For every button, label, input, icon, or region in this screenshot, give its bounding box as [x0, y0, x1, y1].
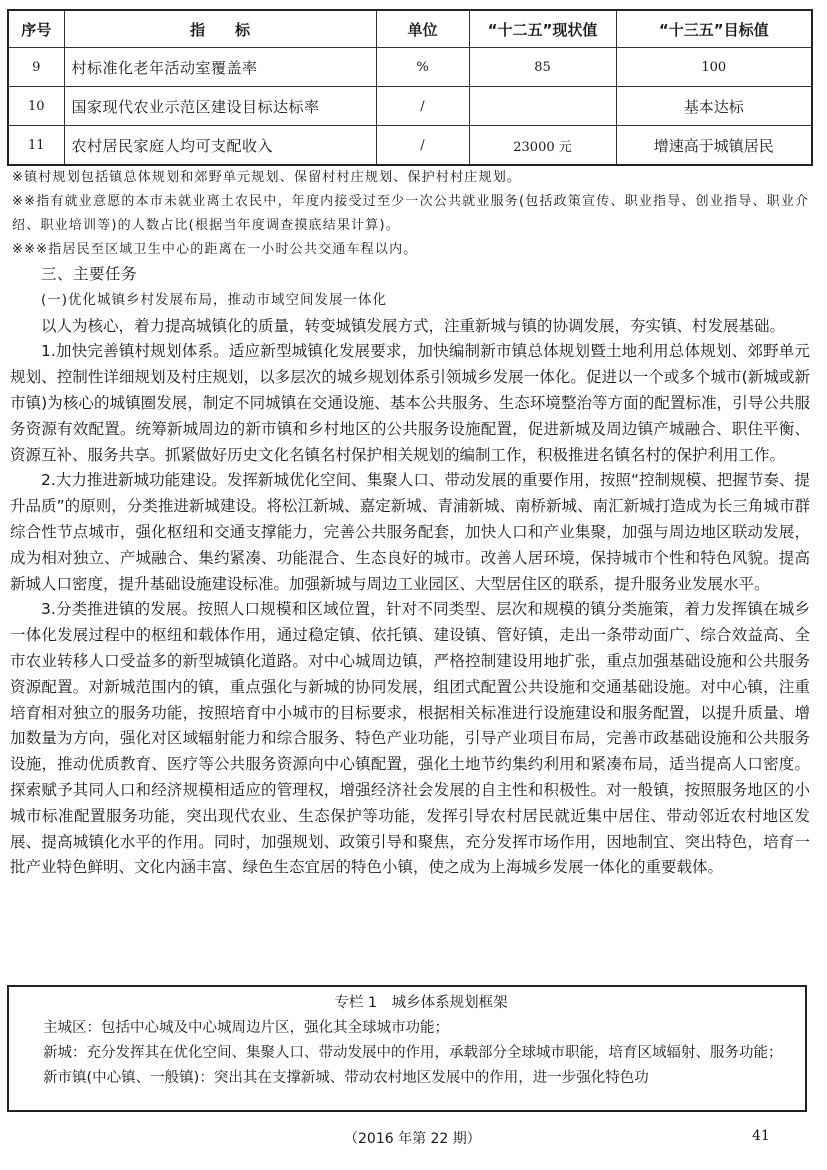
cell-current: 23000 元	[469, 126, 616, 166]
cell-unit: /	[376, 126, 469, 166]
cell-target: 100	[616, 48, 812, 87]
box-title: 专栏 1 城乡体系规划框架	[13, 991, 799, 1016]
paragraph: 以人为核心，着力提高城镇化的质量，转变城镇发展方式，注重新城与镇的协调发展，夯实…	[10, 314, 810, 340]
cell-indicator: 农村居民家庭人均可支配收入	[64, 126, 376, 166]
table-footnotes: ※镇村规划包括镇总体规划和郊野单元规划、保留村村庄规划、保护村村庄规划。 ※※指…	[12, 166, 812, 262]
header-no: 序号	[8, 10, 64, 48]
footnote: ※※※指居民至区域卫生中心的距离在一小时公共交通车程以内。	[12, 238, 812, 262]
footnote: ※※指有就业意愿的本市未就业离土农民中，年度内接受过至少一次公共就业服务(包括政…	[12, 190, 812, 238]
table-row: 11 农村居民家庭人均可支配收入 / 23000 元 增速高于城镇居民	[8, 126, 812, 166]
cell-no: 10	[8, 87, 64, 126]
cell-no: 9	[8, 48, 64, 87]
footnote: ※镇村规划包括镇总体规划和郊野单元规划、保留村村庄规划、保护村村庄规划。	[12, 166, 812, 190]
main-text: 三、主要任务 (一)优化城镇乡村发展布局，推动市域空间发展一体化 以人为核心，着…	[10, 262, 810, 881]
cell-target: 增速高于城镇居民	[616, 126, 812, 166]
box-item: 新市镇(中心镇、一般镇)：突出其在支撑新城、带动农村地区发展中的作用，进一步强化…	[13, 1066, 799, 1091]
subsection-heading: (一)优化城镇乡村发展布局，推动市域空间发展一体化	[10, 288, 810, 314]
cell-unit: /	[376, 87, 469, 126]
issue-label: （2016 年第 22 期）	[344, 1128, 481, 1148]
cell-target: 基本达标	[616, 87, 812, 126]
cell-no: 11	[8, 126, 64, 166]
cell-current	[469, 87, 616, 126]
table-header-row: 序号 指 标 单位 “十二五”现状值 “十三五”目标值	[8, 10, 812, 48]
page-number: 41	[752, 1128, 770, 1144]
table-row: 10 国家现代农业示范区建设目标达标率 / 基本达标	[8, 87, 812, 126]
header-current: “十二五”现状值	[469, 10, 616, 48]
box-item: 新城：充分发挥其在优化空间、集聚人口、带动发展中的作用，承载部分全球城市职能，培…	[13, 1041, 799, 1066]
box-item: 主城区：包括中心城及中心城周边片区，强化其全球城市功能；	[13, 1016, 799, 1041]
cell-current: 85	[469, 48, 616, 87]
cell-indicator: 村标准化老年活动室覆盖率	[64, 48, 376, 87]
paragraph: 1.加快完善镇村规划体系。适应新型城镇化发展要求，加快编制新市镇总体规划暨土地利…	[10, 339, 810, 468]
cell-unit: %	[376, 48, 469, 87]
header-unit: 单位	[376, 10, 469, 48]
paragraph: 2.大力推进新城功能建设。发挥新城优化空间、集聚人口、带动发展的重要作用，按照“…	[10, 468, 810, 597]
sidebar-box: 专栏 1 城乡体系规划框架 主城区：包括中心城及中心城周边片区，强化其全球城市功…	[7, 985, 807, 1112]
cell-indicator: 国家现代农业示范区建设目标达标率	[64, 87, 376, 126]
header-indicator: 指 标	[64, 10, 376, 48]
paragraph: 3.分类推进镇的发展。按照人口规模和区域位置，针对不同类型、层次和规模的镇分类施…	[10, 597, 810, 881]
indicator-table: 序号 指 标 单位 “十二五”现状值 “十三五”目标值 9 村标准化老年活动室覆…	[7, 9, 813, 166]
document-page: 序号 指 标 单位 “十二五”现状值 “十三五”目标值 9 村标准化老年活动室覆…	[0, 0, 827, 1170]
header-target: “十三五”目标值	[616, 10, 812, 48]
section-heading: 三、主要任务	[10, 262, 810, 288]
table-row: 9 村标准化老年活动室覆盖率 % 85 100	[8, 48, 812, 87]
